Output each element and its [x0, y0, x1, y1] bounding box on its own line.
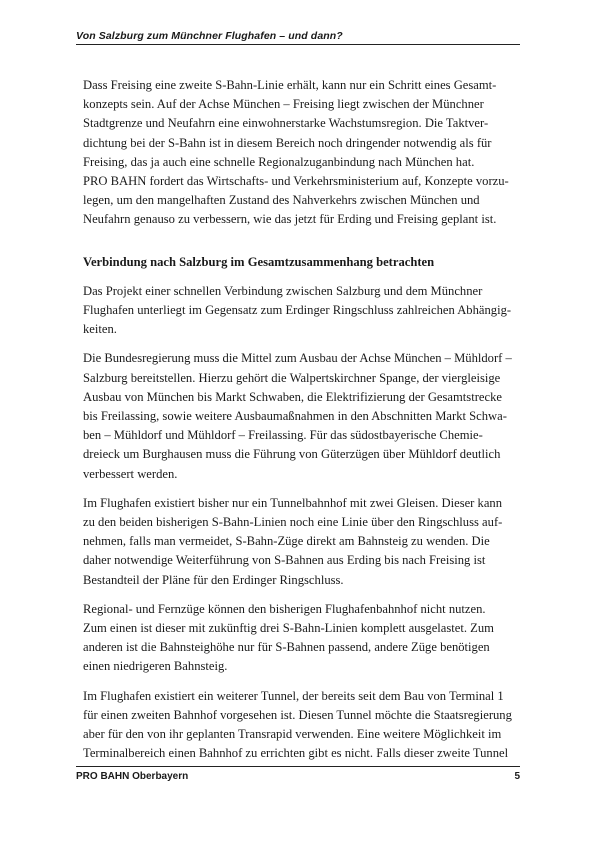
- text-line: Flughafen unterliegt im Gegensatz zum Er…: [83, 301, 528, 320]
- text-line: Regional- und Fernzüge können den bisher…: [83, 600, 528, 619]
- paragraph-bundesregierung: Die Bundesregierung muss die Mittel zum …: [83, 349, 528, 483]
- paragraph-tunnelbahnhof: Im Flughafen existiert bisher nur ein Tu…: [83, 494, 528, 590]
- section-heading: Verbindung nach Salzburg im Gesamtzusamm…: [83, 253, 528, 272]
- text-line: aber für den von ihr geplanten Transrapi…: [83, 725, 528, 744]
- text-line: legen, um den mangelhaften Zustand des N…: [83, 191, 528, 210]
- text-line: Terminalbereich einen Bahnhof zu erricht…: [83, 744, 528, 763]
- text-line: Im Flughafen existiert bisher nur ein Tu…: [83, 494, 528, 513]
- text-line: bis Freilassing, sowie weitere Ausbaumaß…: [83, 407, 528, 426]
- text-line: Salzburg bereitstellen. Hierzu gehört di…: [83, 369, 528, 388]
- footer-organization: PRO BAHN Oberbayern: [76, 771, 188, 782]
- running-header: Von Salzburg zum Münchner Flughafen – un…: [76, 30, 520, 45]
- paragraph-regional-fernzuege: Regional- und Fernzüge können den bisher…: [83, 600, 528, 677]
- paragraph-salzburg-project: Das Projekt einer schnellen Verbindung z…: [83, 282, 528, 340]
- text-line: Bestandteil der Pläne für den Erdinger R…: [83, 571, 528, 590]
- text-line: Stadtgrenze und Neufahrn eine einwohners…: [83, 114, 528, 133]
- text-line: Ausbau von München bis Markt Schwaben, d…: [83, 388, 528, 407]
- running-footer: PRO BAHN Oberbayern 5: [76, 766, 520, 782]
- text-line: nehmen, falls man vermeidet, S-Bahn-Züge…: [83, 532, 528, 551]
- paragraph-freising-sbahn: Dass Freising eine zweite S-Bahn-Linie e…: [83, 76, 528, 230]
- document-body: Dass Freising eine zweite S-Bahn-Linie e…: [83, 76, 528, 774]
- text-line: einen niedrigeren Bahnsteig.: [83, 657, 528, 676]
- text-line: Die Bundesregierung muss die Mittel zum …: [83, 349, 528, 368]
- text-line: verbessert werden.: [83, 465, 528, 484]
- text-line: für einen zweiten Bahnhof vorgesehen ist…: [83, 706, 528, 725]
- text-line: anderen ist die Bahnsteighöhe nur für S-…: [83, 638, 528, 657]
- header-title: Von Salzburg zum Münchner Flughafen – un…: [76, 30, 343, 42]
- text-line: PRO BAHN fordert das Wirtschafts- und Ve…: [83, 172, 528, 191]
- text-line: Im Flughafen existiert ein weiterer Tunn…: [83, 687, 528, 706]
- text-line: Neufahrn genauso zu verbessern, wie das …: [83, 210, 528, 229]
- text-line: Freising, das ja auch eine schnelle Regi…: [83, 153, 528, 172]
- paragraph-weiterer-tunnel: Im Flughafen existiert ein weiterer Tunn…: [83, 687, 528, 764]
- spacer: [83, 240, 528, 250]
- text-line: Zum einen ist dieser mit zukünftig drei …: [83, 619, 528, 638]
- text-line: dreieck um Burghausen muss die Führung v…: [83, 445, 528, 464]
- text-line: dichtung bei der S-Bahn ist in diesem Be…: [83, 134, 528, 153]
- text-line: zu den beiden bisherigen S-Bahn-Linien n…: [83, 513, 528, 532]
- text-line: Dass Freising eine zweite S-Bahn-Linie e…: [83, 76, 528, 95]
- page-number: 5: [514, 771, 520, 782]
- text-line: ben – Mühldorf und Mühldorf – Freilassin…: [83, 426, 528, 445]
- text-line: daher notwendige Weiterführung von S-Bah…: [83, 551, 528, 570]
- text-line: keiten.: [83, 320, 528, 339]
- text-line: konzepts sein. Auf der Achse München – F…: [83, 95, 528, 114]
- text-line: Das Projekt einer schnellen Verbindung z…: [83, 282, 528, 301]
